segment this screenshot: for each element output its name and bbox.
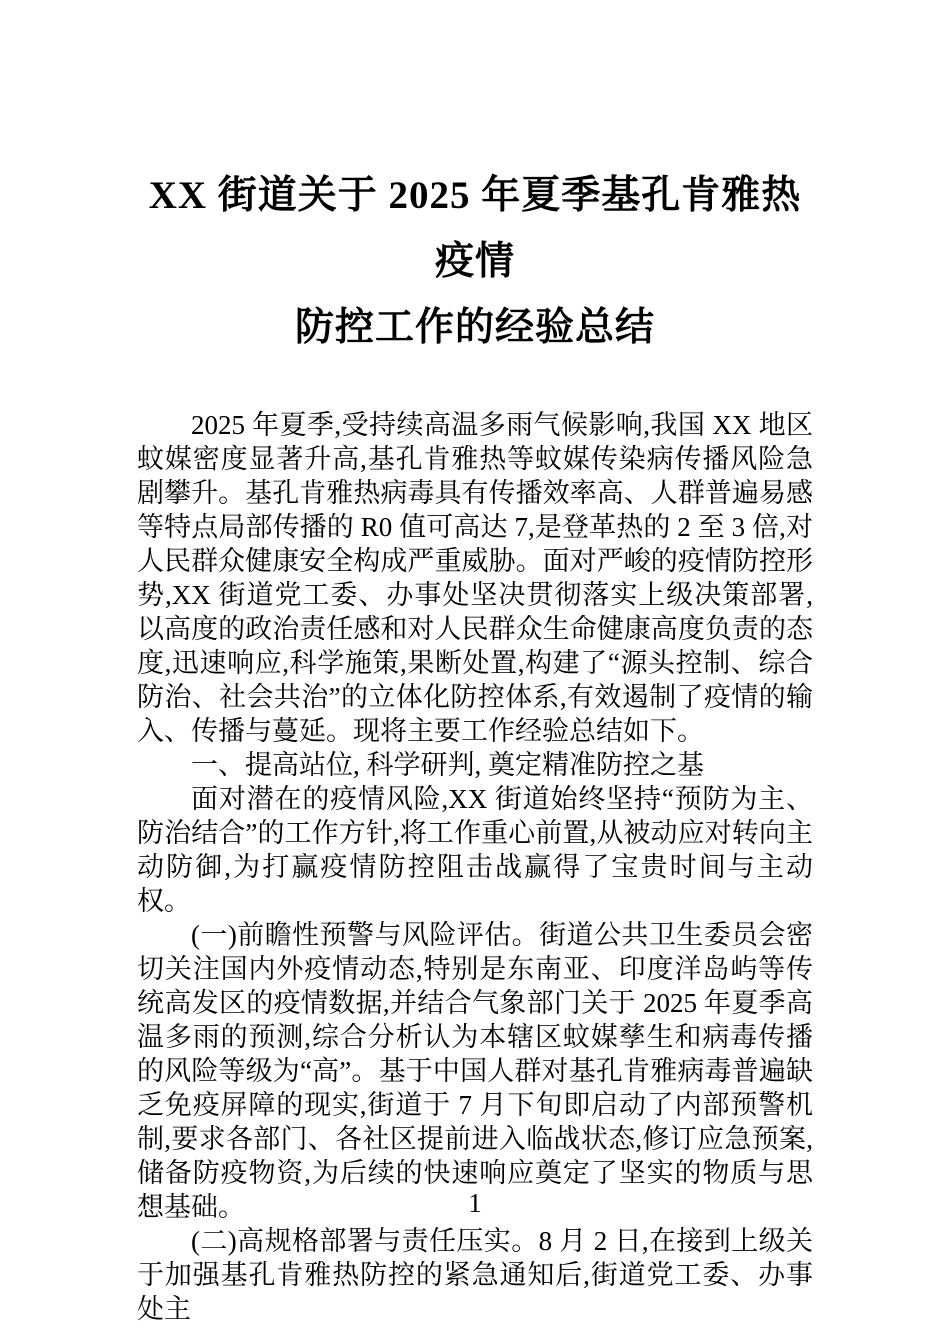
title-line-1: XX 街道关于 2025 年夏季基孔肯雅热疫情 bbox=[137, 163, 813, 295]
paragraph-subsection-2-truncated: (二)高规格部署与责任压实。8 月 2 日,在接到上级关于加强基孔肯雅热防控的紧… bbox=[137, 1224, 813, 1326]
document-content: XX 街道关于 2025 年夏季基孔肯雅热疫情 防控工作的经验总结 2025 年… bbox=[137, 0, 813, 1326]
section-heading-1: 一、提高站位, 科学研判, 奠定精准防控之基 bbox=[137, 748, 813, 782]
paragraph-subsection-1: (一)前瞻性预警与风险评估。街道公共卫生委员会密切关注国内外疫情动态,特别是东南… bbox=[137, 918, 813, 1224]
paragraph-section1-intro: 面对潜在的疫情风险,XX 街道始终坚持“预防为主、防治结合”的工作方针,将工作重… bbox=[137, 782, 813, 918]
paragraph-overview: 2025 年夏季,受持续高温多雨气候影响,我国 XX 地区蚊媒密度显著升高,基孔… bbox=[137, 408, 813, 748]
document-page: XX 街道关于 2025 年夏季基孔肯雅热疫情 防控工作的经验总结 2025 年… bbox=[0, 0, 950, 1344]
page-number: 1 bbox=[0, 1186, 950, 1220]
title-line-2: 防控工作的经验总结 bbox=[137, 295, 813, 361]
document-title: XX 街道关于 2025 年夏季基孔肯雅热疫情 防控工作的经验总结 bbox=[137, 163, 813, 361]
